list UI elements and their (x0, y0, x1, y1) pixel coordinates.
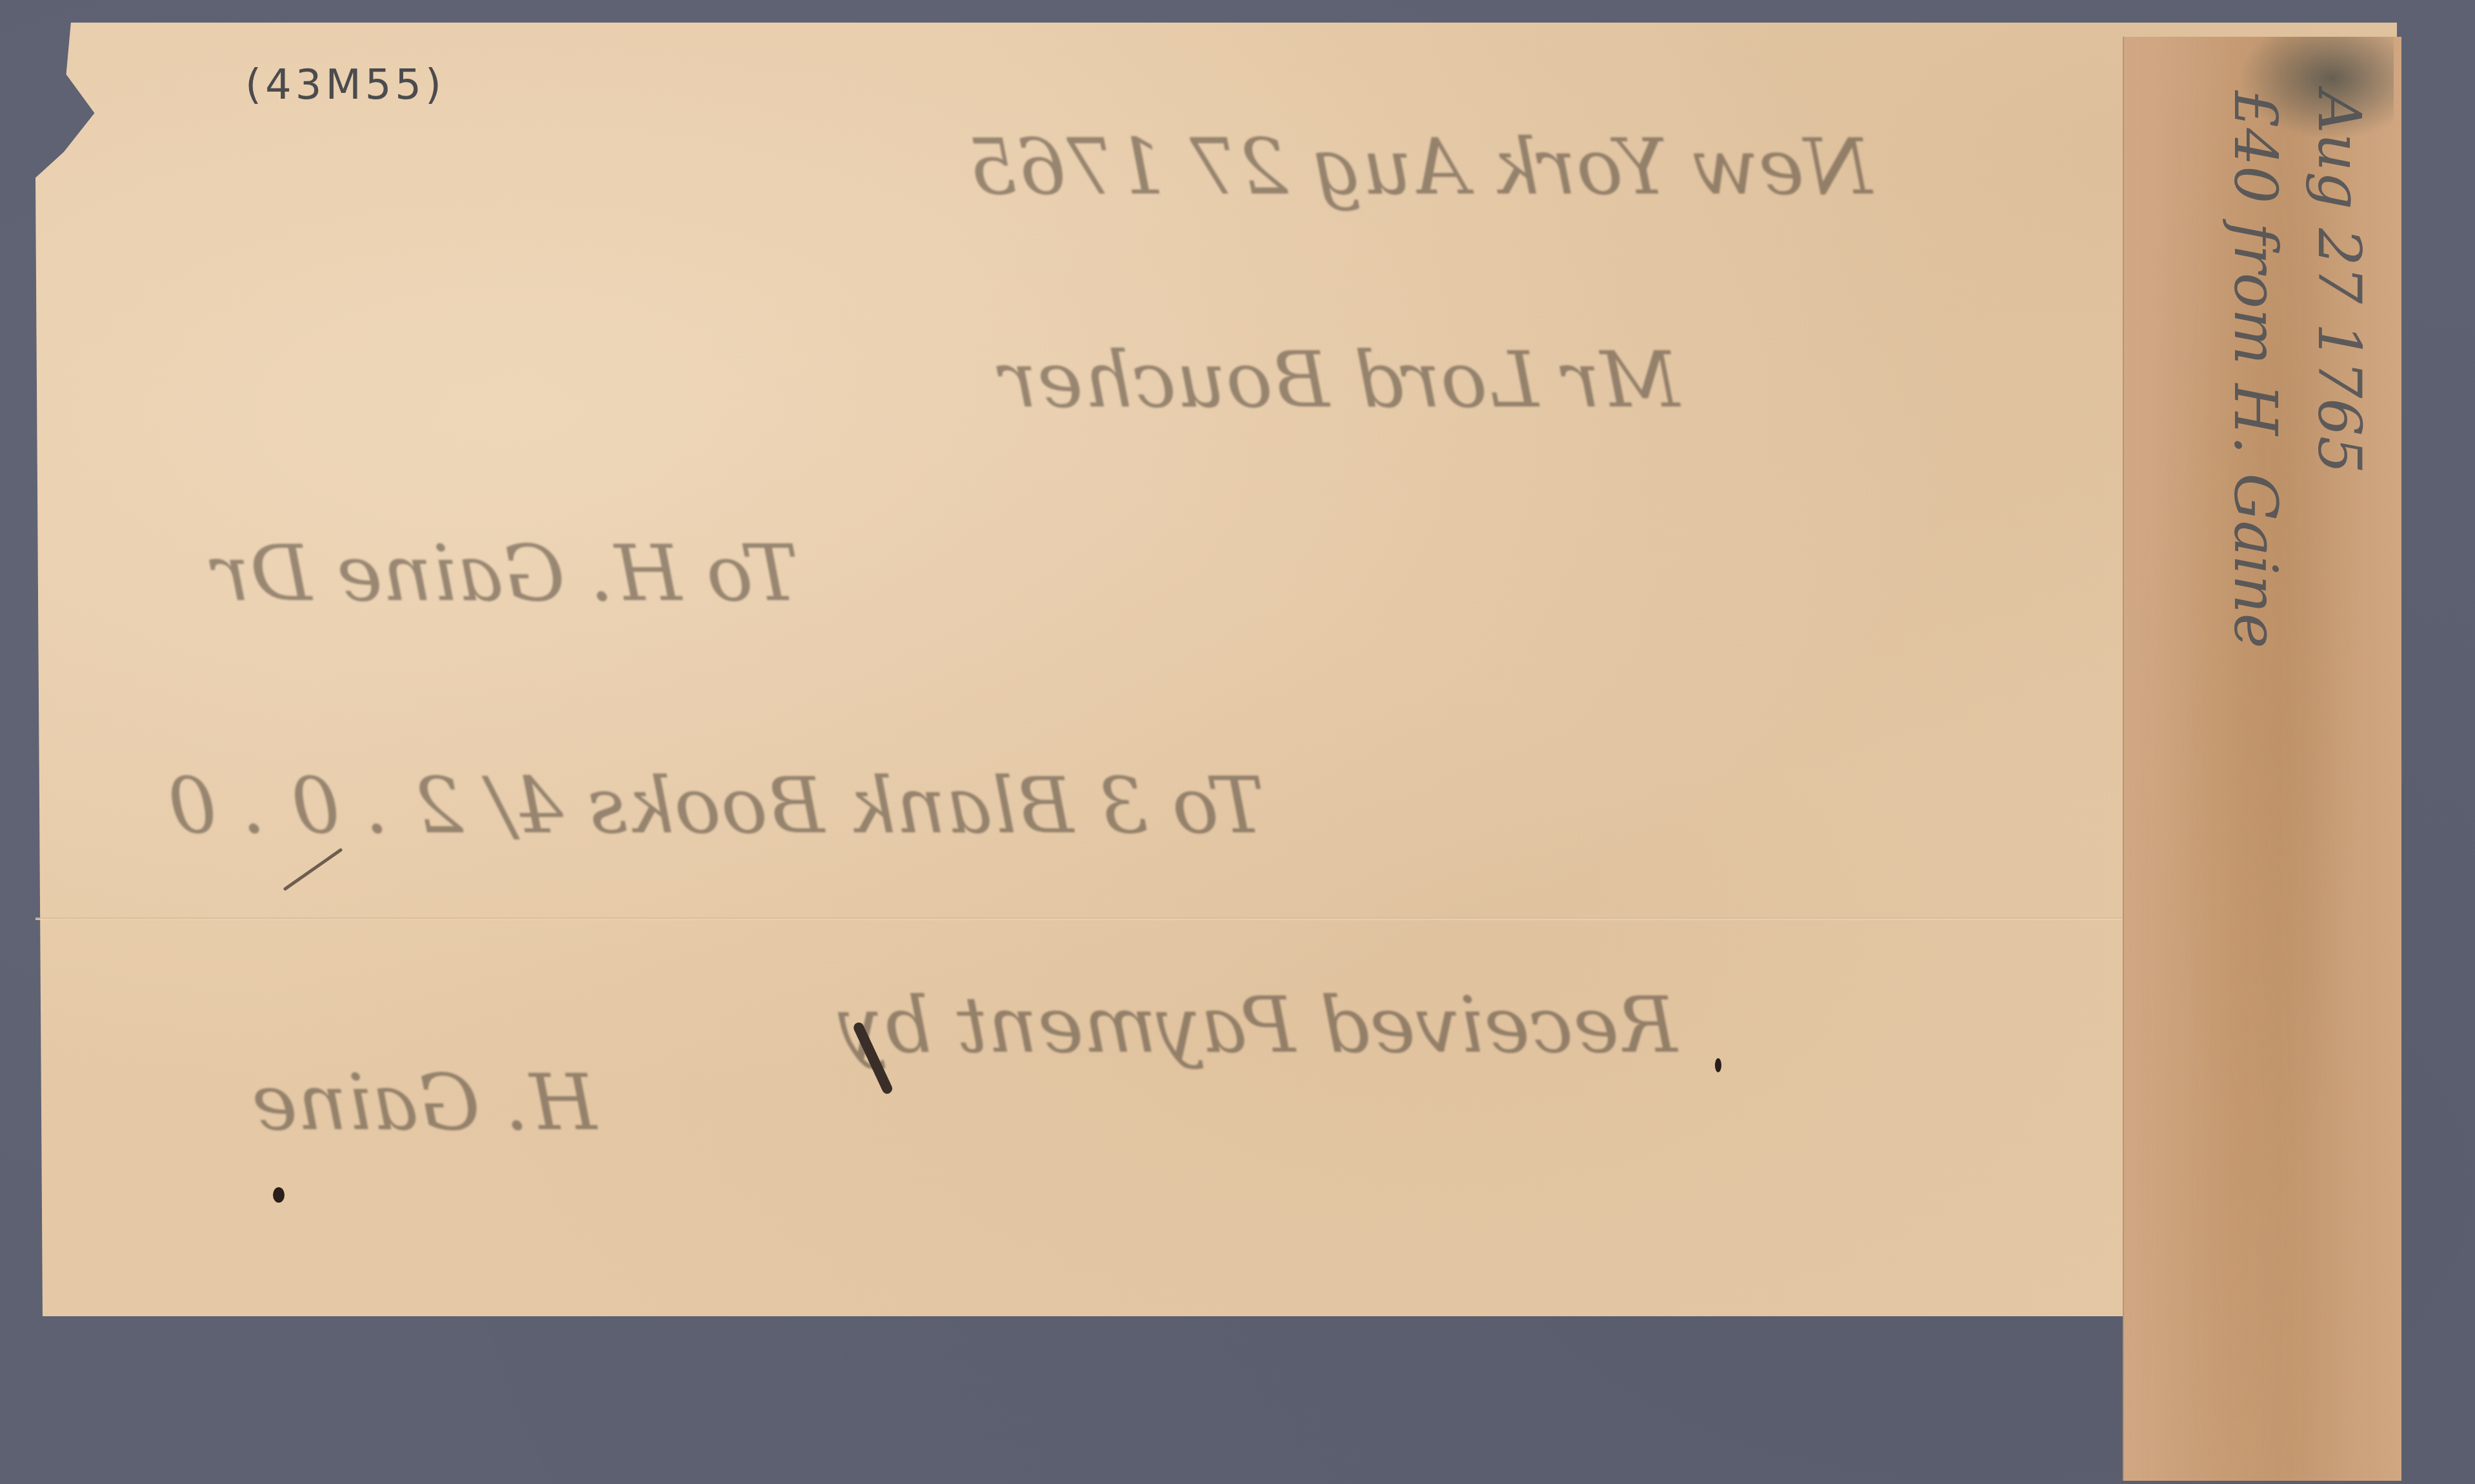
bleed-through-line-debtor: To H. Gaine Dr (213, 529, 799, 619)
tape-annotation-date: Aug 27 1765 (2297, 90, 2381, 800)
tape-annotation-amount: £40 from H. Gaine (2213, 90, 2297, 800)
catalog-mark: (43M55) (245, 61, 445, 109)
ink-blot (273, 1187, 285, 1203)
bleed-through-line-date: New York Aug 27 1765 (968, 123, 1872, 212)
bleed-through-line-signature: H. Gaine (252, 1058, 597, 1148)
bleed-through-line-received: Received Payment by (839, 981, 1678, 1070)
bleed-through-line-addressee: Mr Lord Boucher (1000, 336, 1679, 425)
bleed-through-line-item: To 3 Blank Books 4/ 2 . 0 . 0 (168, 761, 1265, 851)
ink-speck (1715, 1058, 1721, 1072)
fold-line (35, 917, 2384, 920)
tape-annotation: Aug 27 1765 £40 from H. Gaine (2187, 90, 2381, 800)
